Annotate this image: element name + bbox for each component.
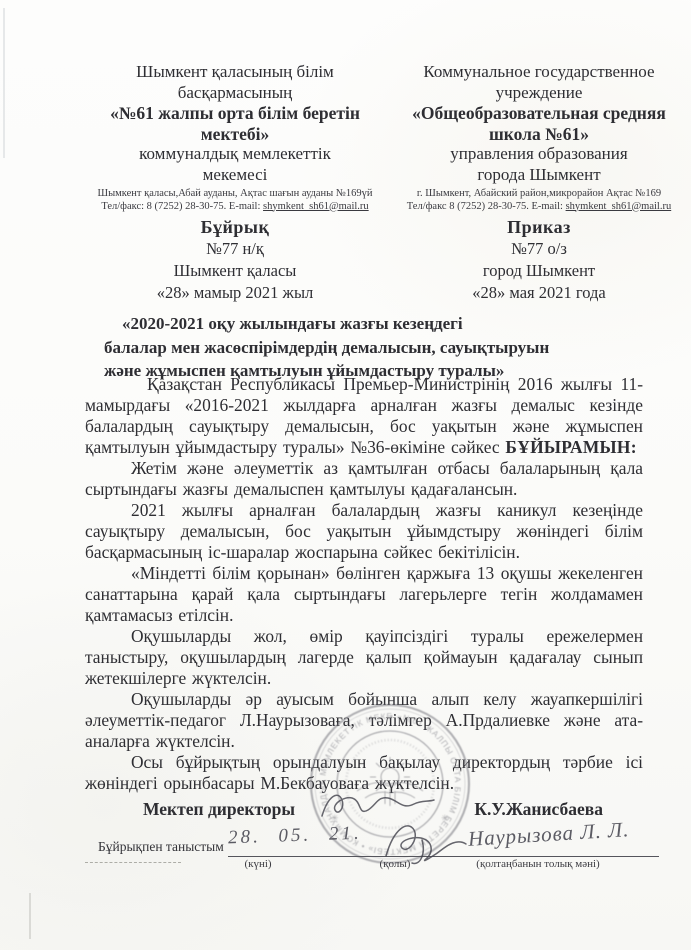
order-title-line: «2020-2021 оқу жылындағы жазғы кезеңдегі bbox=[104, 312, 649, 336]
scan-artifact-line bbox=[3, 8, 5, 158]
org-type-line: коммуналдық мемлекеттік bbox=[84, 144, 386, 165]
doc-place-ru: город Шымкент bbox=[388, 260, 690, 282]
doc-place-kk: Шымкент қаласы bbox=[84, 260, 386, 282]
school-name-line: мектебі» bbox=[84, 124, 386, 145]
header-russian-column: Коммунальное государственное учреждение … bbox=[388, 62, 690, 304]
intro-paragraph: Қазақстан Республикасы Премьер-Министрін… bbox=[85, 374, 643, 458]
contact-line: Тел/факс: 8 (7252) 28-30-75. E-mail: shy… bbox=[84, 201, 386, 214]
org-name-line: Коммунальное государственное bbox=[388, 62, 690, 83]
doc-date-ru: «28» мая 2021 года bbox=[388, 282, 690, 304]
school-name-line: «№61 жалпы орта білім беретін bbox=[84, 103, 386, 124]
order-title-line: балалар мен жасөспірімдердің демалысын, … bbox=[104, 336, 649, 360]
doc-date-kk: «28» мамыр 2021 жыл bbox=[84, 282, 386, 304]
address-block: г. Шымкент, Абайский район,микрорайон Ақ… bbox=[388, 188, 690, 213]
org-name-line: Шымкент қаласының білім bbox=[84, 62, 386, 83]
contact-line: Тел/факс 8 (7252) 28-30-75. E-mail: shym… bbox=[388, 201, 690, 214]
order-item: «Міндетті білім қорынан» бөлінген қаржығ… bbox=[85, 563, 643, 626]
doc-kind-kk: Бұйрық bbox=[84, 217, 386, 238]
field-label-date: (күні) bbox=[244, 858, 271, 870]
org-name-line: басқармасының bbox=[84, 83, 386, 104]
scan-artifact-line bbox=[29, 893, 31, 939]
school-name-line: школа №61» bbox=[388, 124, 690, 145]
email-link: shymkent_sh61@mail.ru bbox=[566, 201, 672, 212]
doc-kind-ru: Приказ bbox=[388, 217, 690, 238]
acquaintance-label: Бұйрықпен таныстым bbox=[98, 839, 224, 857]
field-label-signature: (қолы) bbox=[380, 858, 411, 870]
director-name: К.У.Жанисбаева bbox=[474, 799, 603, 820]
order-item: 2021 жылғы арналған балалардың жазғы кан… bbox=[85, 500, 643, 563]
field-label-fullname: (қолтаңбанын толық мәні) bbox=[476, 858, 599, 870]
signature-field-labels: (күні) (қолы) (қолтаңбанын толық мәні) bbox=[0, 858, 691, 874]
address-block: Шымкент қаласы,Абай ауданы, Ақтас шағын … bbox=[84, 188, 386, 213]
org-type-line: мекемесі bbox=[84, 165, 386, 186]
order-item: Жетім және әлеуметтік аз қамтылған отбас… bbox=[85, 458, 643, 500]
school-name-line: «Общеобразовательная средняя bbox=[388, 103, 690, 124]
scanned-order-document: Шымкент қаласының білім басқармасының «№… bbox=[0, 0, 691, 950]
address-line: г. Шымкент, Абайский район,микрорайон Ақ… bbox=[388, 188, 690, 201]
director-label: Мектеп директоры bbox=[85, 799, 295, 820]
order-title: «2020-2021 оқу жылындағы жазғы кезеңдегі… bbox=[104, 312, 649, 383]
order-verb-bold: БҰЙЫРАМЫН: bbox=[505, 437, 636, 457]
email-link: shymkent_sh61@mail.ru bbox=[263, 201, 369, 212]
order-item: Оқушыларды жол, өмір қауіпсіздігі туралы… bbox=[85, 626, 643, 689]
org-name-line: учреждение bbox=[388, 83, 690, 104]
header-kazakh-column: Шымкент қаласының білім басқармасының «№… bbox=[84, 62, 386, 304]
phone-text: Тел/факс: 8 (7252) 28-30-75. E-mail: bbox=[101, 201, 263, 212]
address-line: Шымкент қаласы,Абай ауданы, Ақтас шағын … bbox=[84, 188, 386, 201]
scan-artifact-dashes bbox=[85, 862, 181, 863]
org-type-line: города Шымкент bbox=[388, 165, 690, 186]
doc-number-ru: №77 о/з bbox=[388, 238, 690, 260]
org-type-line: управления образования bbox=[388, 144, 690, 165]
handwritten-date: 28. 05. 21. bbox=[228, 823, 362, 850]
doc-number-kk: №77 н/қ bbox=[84, 238, 386, 260]
phone-text: Тел/факс 8 (7252) 28-30-75. E-mail: bbox=[407, 201, 566, 212]
